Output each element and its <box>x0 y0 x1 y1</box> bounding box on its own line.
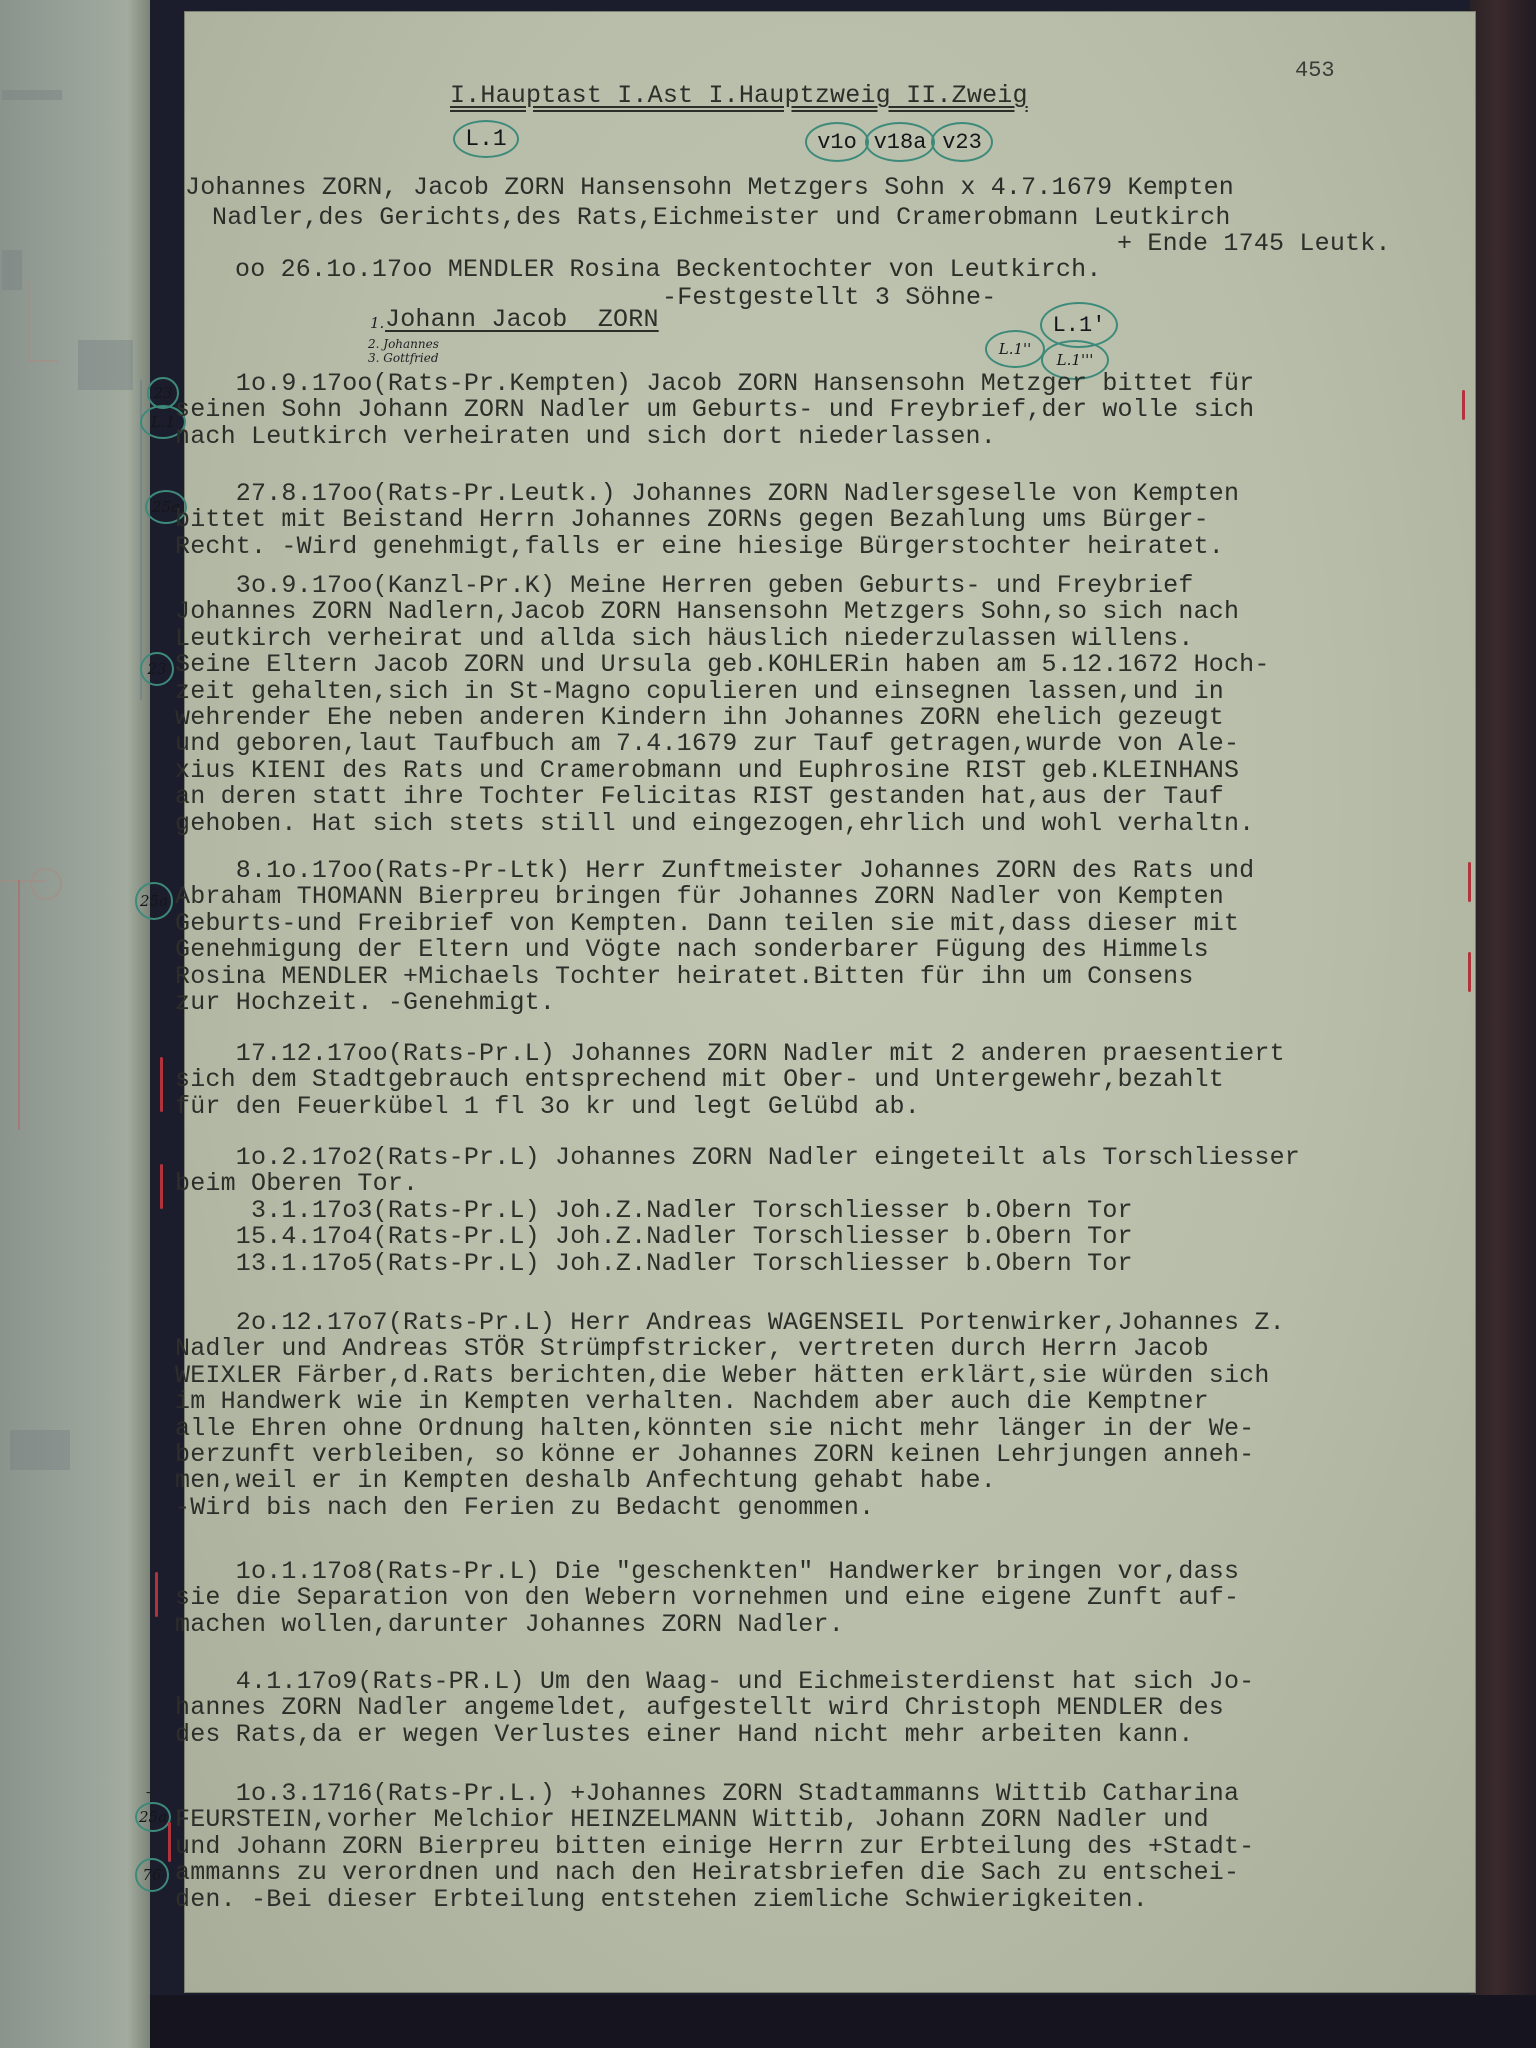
son-2-handwritten: 2. Johannes <box>368 337 439 351</box>
entry-line: sich dem Stadtgebrauch entsprechend mit … <box>175 1066 1224 1093</box>
marriage-note: oo 26.1o.17oo MENDLER Rosina Beckentocht… <box>235 256 1102 283</box>
margin-note: 25a <box>135 1802 171 1832</box>
entry-line: 3o.9.17oo(Kanzl-Pr.K) Meine Herren geben… <box>175 572 1194 599</box>
margin-note: 25a <box>135 882 173 920</box>
person-line-1: Johannes ZORN, Jacob ZORN Hansensohn Met… <box>185 174 1234 201</box>
entry-line: Nadler und Andreas STÖR Strümpfstricker,… <box>175 1335 1209 1362</box>
entry-line: 1o.2.17o2(Rats-Pr.L) Johannes ZORN Nadle… <box>175 1144 1300 1171</box>
entry-line: wehrender Ehe neben anderen Kindern ihn … <box>175 704 1224 731</box>
entry-line: alle Ehren ohne Ordnung halten,könnten s… <box>175 1415 1254 1442</box>
left-facing-page <box>0 0 150 2048</box>
entry-line: Geburts-und Freibrief von Kempten. Dann … <box>175 910 1239 937</box>
entry-line: Seine Eltern Jacob ZORN und Ursula geb.K… <box>175 651 1270 678</box>
ref-badge: v1o <box>805 122 869 162</box>
entry-line: xius KIENI des Rats und Cramerobmann und… <box>175 757 1239 784</box>
red-margin-mark <box>1468 952 1471 992</box>
entry-line: Johannes ZORN Nadlern,Jacob ZORN Hansens… <box>175 598 1239 625</box>
entry-line: 13.1.17o5(Rats-Pr.L) Joh.Z.Nadler Torsch… <box>175 1250 1133 1277</box>
entry-line: 1o.3.1716(Rats-Pr.L.) +Johannes ZORN Sta… <box>175 1780 1239 1807</box>
red-margin-mark <box>168 1822 171 1862</box>
entry-line: für den Feuerkübel 1 fl 3o kr und legt G… <box>175 1093 920 1120</box>
ref-label: v1o <box>817 130 857 155</box>
entry-line: Rosina MENDLER +Michaels Tochter heirate… <box>175 963 1194 990</box>
entry-line: 4.1.17o9(Rats-PR.L) Um den Waag- und Eic… <box>175 1668 1254 1695</box>
entry-line: zur Hochzeit. -Genehmigt. <box>175 989 555 1016</box>
bleed-through-text <box>2 90 62 100</box>
entry-line: WEIXLER Färber,d.Rats berichten,die Webe… <box>175 1362 1270 1389</box>
bleed-through-text <box>2 250 22 290</box>
entry-line: -Wird bis nach den Ferien zu Bedacht gen… <box>175 1494 874 1521</box>
entry-line: im Handwerk wie in Kempten verhalten. Na… <box>175 1388 1209 1415</box>
bleed-through-line <box>28 280 30 360</box>
margin-note: 23 <box>140 652 174 686</box>
entry-line: nach Leutkirch verheiraten und sich dort… <box>175 423 996 450</box>
entry-line: seinen Sohn Johann ZORN Nadler um Geburt… <box>175 396 1254 423</box>
entry-line: den. -Bei dieser Erbteilung entstehen zi… <box>175 1886 1148 1913</box>
margin-cross: + <box>145 1785 157 1801</box>
entry-line: 3.1.17o3(Rats-Pr.L) Joh.Z.Nadler Torschl… <box>175 1197 1133 1224</box>
margin-note-label: 23 <box>153 384 172 402</box>
entry-line: 2o.12.17o7(Rats-Pr.L) Herr Andreas WAGEN… <box>175 1309 1285 1336</box>
margin-note-label: 76 <box>142 1866 161 1884</box>
section-title: I.Hauptast I.Ast I.Hauptzweig II.Zweig <box>450 82 1028 109</box>
entry-line: sie die Separation von den Webern vorneh… <box>175 1584 1239 1611</box>
document-page: 453 I.Hauptast I.Ast I.Hauptzweig II.Zwe… <box>185 12 1475 1992</box>
entry-line: Genehmigung der Eltern und Vögte nach so… <box>175 936 1209 963</box>
red-margin-mark <box>1462 390 1465 420</box>
entry-line: Recht. -Wird genehmigt,falls er eine hie… <box>175 533 1224 560</box>
son-1-name: Johann Jacob ZORN <box>385 306 659 333</box>
son-ref-badge: L.1'' <box>985 330 1045 368</box>
margin-note-label: 25a <box>140 892 168 910</box>
ref-label: v18a <box>874 130 927 155</box>
background-table <box>150 1995 1536 2048</box>
entry-line: 17.12.17oo(Rats-Pr.L) Johannes ZORN Nadl… <box>175 1040 1285 1067</box>
bleed-through-line <box>18 880 20 1130</box>
bleed-through-text <box>10 1430 70 1470</box>
ref-badge: v18a <box>865 122 935 162</box>
red-margin-mark <box>1468 862 1471 902</box>
entry-line: 27.8.17oo(Rats-Pr.Leutk.) Johannes ZORN … <box>175 480 1239 507</box>
entry-line: 1o.9.17oo(Rats-Pr.Kempten) Jacob ZORN Ha… <box>175 370 1254 397</box>
sons-note: -Festgestellt 3 Söhne- <box>662 284 996 311</box>
red-margin-mark <box>160 1164 163 1209</box>
entry-line: 8.1o.17oo(Rats-Pr-Ltk) Herr Zunftmeister… <box>175 857 1254 884</box>
son-ref-label: L.1' <box>1053 313 1106 338</box>
entry-line: 15.4.17o4(Rats-Pr.L) Joh.Z.Nadler Torsch… <box>175 1223 1133 1250</box>
entry-line: berzunft verbleiben, so könne er Johanne… <box>175 1441 1254 1468</box>
son-1-number: 1. <box>370 314 384 332</box>
entry-line: des Rats,da er wegen Verlustes einer Han… <box>175 1721 1194 1748</box>
son-ref-label: L.1'' <box>999 340 1032 358</box>
red-margin-mark <box>160 1057 163 1112</box>
entry-line: ammanns zu verordnen und nach den Heirat… <box>175 1859 1239 1886</box>
entry-line: bittet mit Beistand Herrn Johannes ZORNs… <box>175 506 1209 533</box>
entry-line: 1o.1.17o8(Rats-Pr.L) Die "geschenkten" H… <box>175 1558 1239 1585</box>
entry-line: und Johann ZORN Bierpreu bitten einige H… <box>175 1833 1254 1860</box>
entry-line: gehoben. Hat sich stets still und eingez… <box>175 810 1254 837</box>
entry-line: zeit gehalten,sich in St-Magno copuliere… <box>175 678 1224 705</box>
bleed-through-text <box>78 340 133 390</box>
entry-line: Leutkirch verheirat und allda sich häusl… <box>175 625 1194 652</box>
entry-line: beim Oberen Tor. <box>175 1170 418 1197</box>
margin-note-label: 23 <box>147 660 166 678</box>
red-margin-mark <box>155 1572 158 1617</box>
entry-line: hannes ZORN Nadler angemeldet, aufgestel… <box>175 1694 1224 1721</box>
entry-line: men,weil er in Kempten deshalb Anfechtun… <box>175 1467 996 1494</box>
line-ref-label: L.1 <box>465 126 506 152</box>
margin-note-label: L.1 <box>151 413 175 431</box>
entry-line: FEURSTEIN,vorher Melchior HEINZELMANN Wi… <box>175 1806 1209 1833</box>
son-ref-label: L.1''' <box>1057 351 1094 369</box>
son-3-handwritten: 3. Gottfried <box>368 351 439 365</box>
entry-line: an deren statt ihre Tochter Felicitas RI… <box>175 783 1224 810</box>
death-note: + Ende 1745 Leutk. <box>1117 230 1391 257</box>
entry-line: Abraham THOMANN Bierpreu bringen für Joh… <box>175 883 1224 910</box>
line-ref-badge: L.1 <box>453 120 519 158</box>
ref-label: v23 <box>942 130 982 155</box>
margin-note: 76 <box>135 1858 169 1892</box>
entry-line: und geboren,laut Taufbuch am 7.4.1679 zu… <box>175 730 1239 757</box>
person-line-2: Nadler,des Gerichts,des Rats,Eichmeister… <box>212 204 1231 231</box>
book-edge <box>1470 0 1536 2048</box>
page-number: 453 <box>1295 58 1335 83</box>
bleed-through-circle <box>30 868 62 900</box>
margin-note-label: 25a <box>139 1808 167 1826</box>
entry-line: machen wollen,darunter Johannes ZORN Nad… <box>175 1611 844 1638</box>
ref-badge: v23 <box>931 122 993 162</box>
bleed-through-line <box>28 360 58 362</box>
